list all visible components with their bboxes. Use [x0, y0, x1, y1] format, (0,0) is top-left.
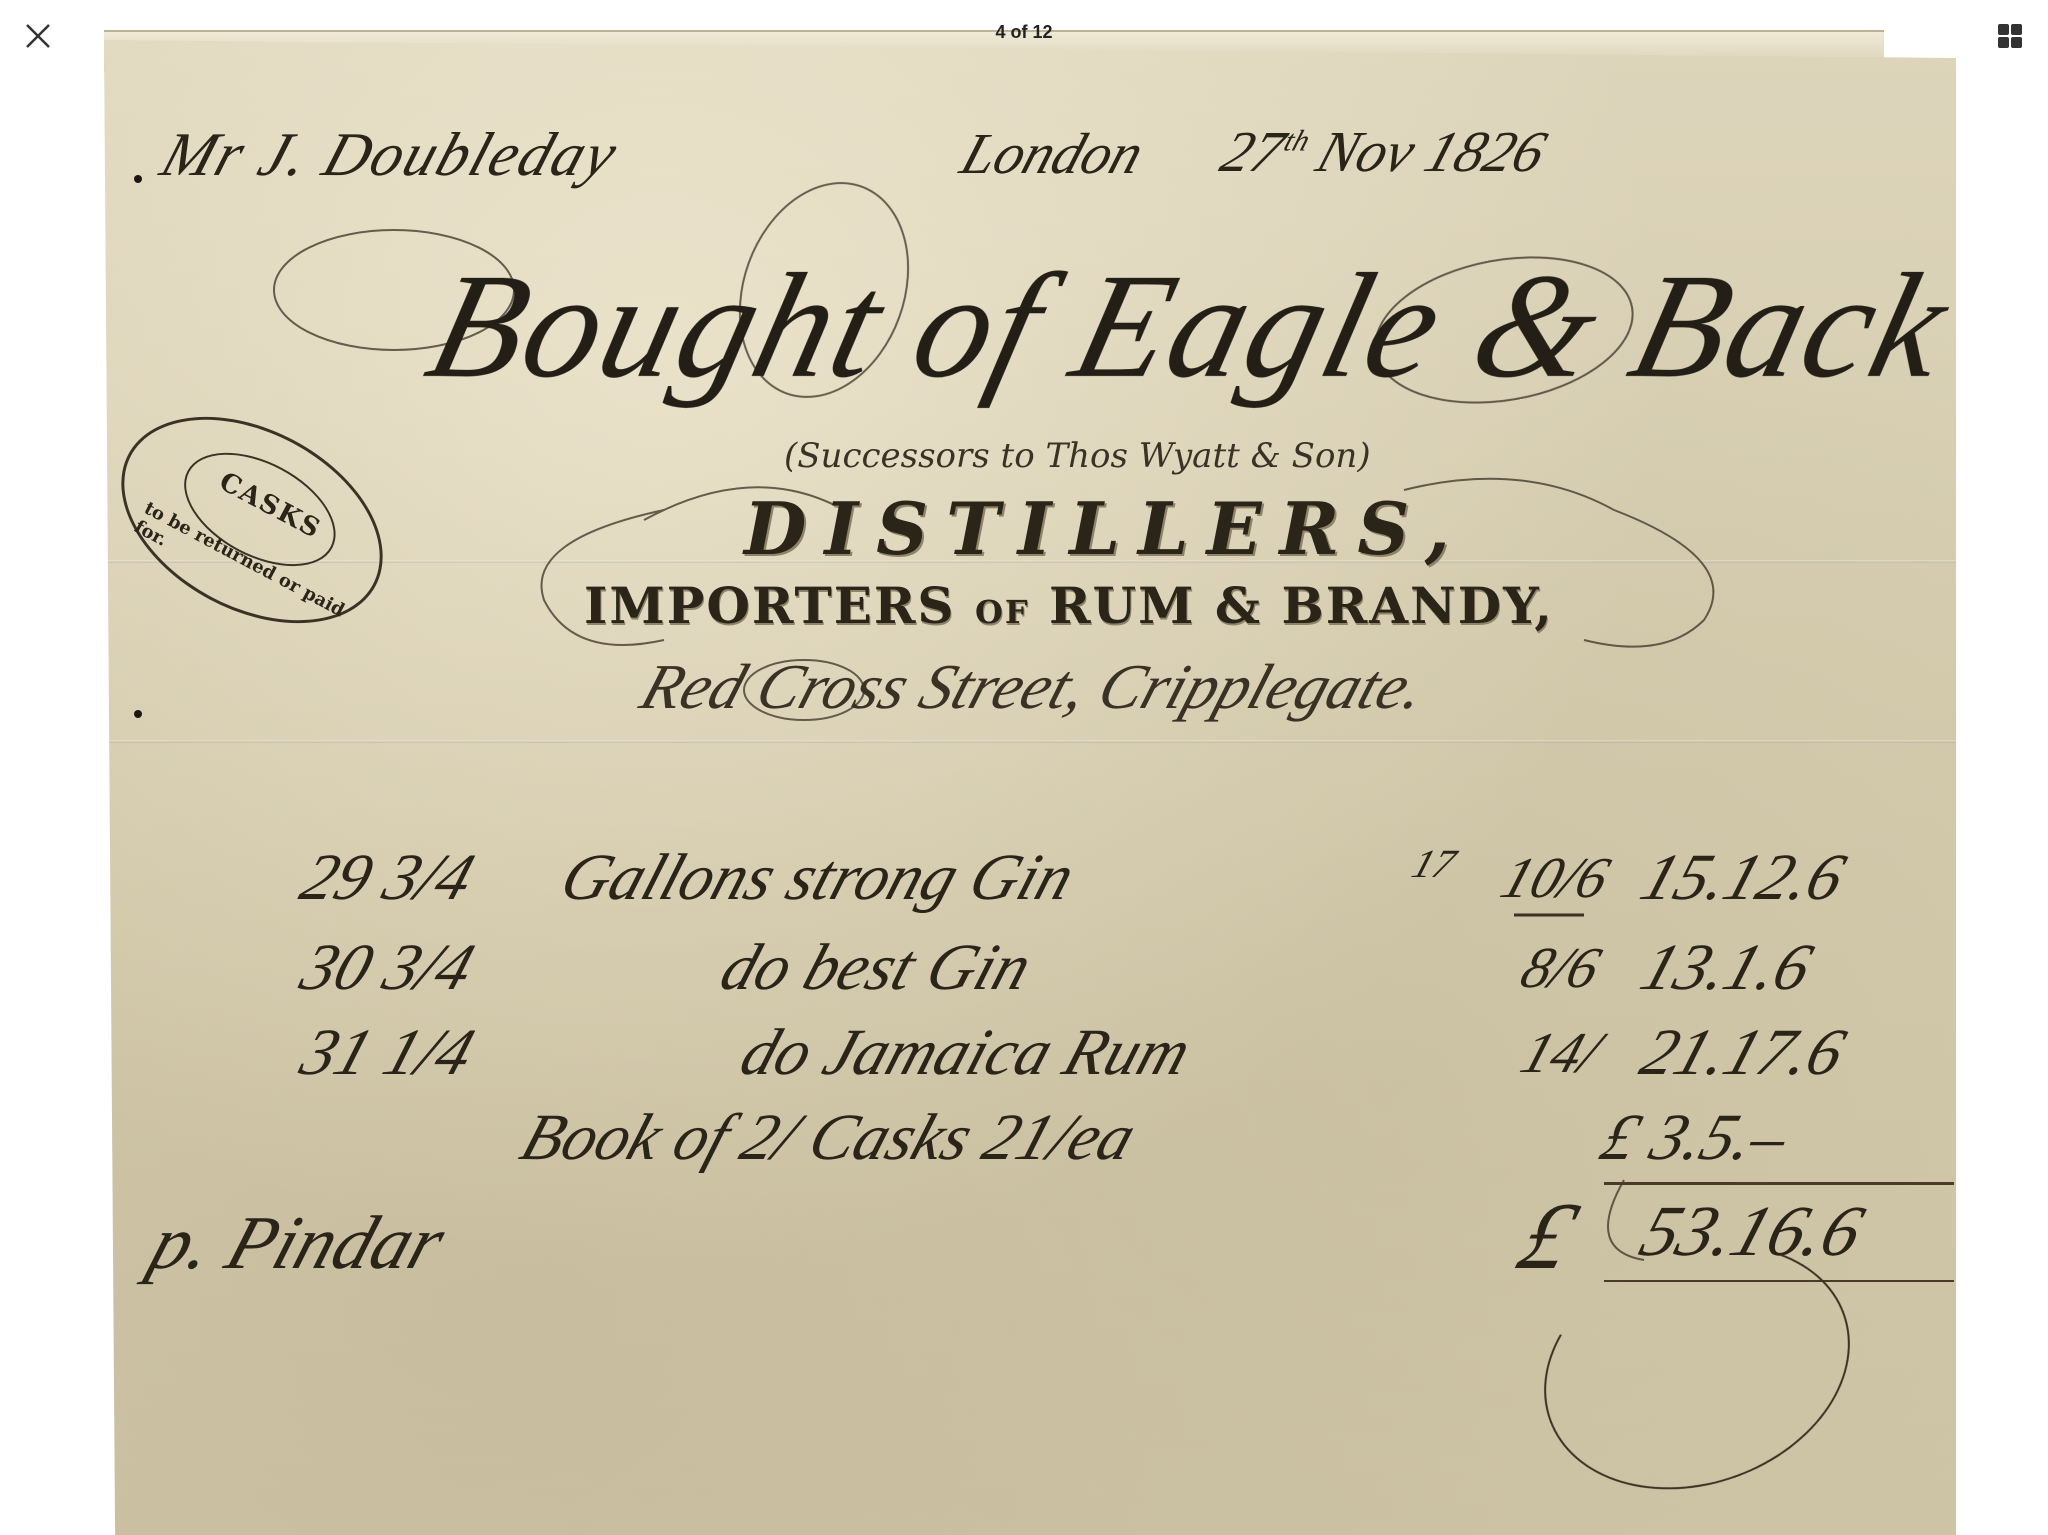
- importers-of: OF: [975, 593, 1030, 631]
- subtotal-rule: [1604, 1182, 1954, 1185]
- line-item: 29 3/4 Gallons strong Gin 17 10/6 15.12.…: [104, 840, 1956, 920]
- invoice-place: London: [953, 120, 1152, 187]
- item-qty: 30 3/4: [292, 930, 484, 1006]
- item-note: 17: [1406, 840, 1461, 887]
- date-month-year: Nov 1826: [1309, 119, 1554, 184]
- invoice-paper: Mr J. Doubleday London 27th Nov 1826 Bou…: [104, 40, 1956, 1535]
- item-description: do Jamaica Rum: [732, 1015, 1200, 1091]
- line-item: 31 1/4 do Jamaica Rum 14/ 21.17.6: [104, 1015, 1956, 1095]
- item-description: Gallons strong Gin: [552, 840, 1084, 916]
- close-x-icon: [25, 23, 51, 49]
- item-description: Book of 2/ Casks 21/ea: [512, 1100, 1145, 1176]
- item-rate: 10/6: [1493, 844, 1618, 911]
- item-amount: £ 3.5.–: [1592, 1100, 1798, 1176]
- document-photo[interactable]: Mr J. Doubleday London 27th Nov 1826 Bou…: [104, 30, 1956, 1535]
- ink-dot: [134, 710, 142, 718]
- casks-stamp: CASKS to be returned or paid for.: [86, 375, 418, 665]
- addressee: Mr J. Doubleday: [152, 120, 627, 191]
- item-qty: 29 3/4: [292, 840, 484, 916]
- item-rate: 14/: [1513, 1019, 1609, 1086]
- line-item: Book of 2/ Casks 21/ea £ 3.5.–: [104, 1100, 1956, 1180]
- item-amount: 15.12.6: [1632, 840, 1855, 916]
- line-item: 30 3/4 do best Gin 8/6 13.1.6: [104, 930, 1956, 1010]
- importers-label: IMPORTERS: [584, 576, 956, 635]
- ink-dot: [134, 175, 142, 183]
- letterhead-trade: DISTILLERS,: [744, 486, 1468, 571]
- paper-fold: [104, 740, 1956, 743]
- item-amount: 21.17.6: [1632, 1015, 1855, 1091]
- item-rate: 8/6: [1513, 934, 1609, 1001]
- grid-view-button[interactable]: [1990, 16, 2030, 56]
- letterhead-successors: (Successors to Thos Wyatt & Son): [784, 436, 1371, 476]
- item-qty: 31 1/4: [292, 1015, 484, 1091]
- letterhead-title: Bought of Eagle & Back: [413, 240, 1966, 412]
- invoice-date: 27th Nov 1826: [1213, 118, 1555, 185]
- total-pound-sign: £: [1506, 1180, 1590, 1291]
- signature: p. Pindar: [140, 1200, 455, 1287]
- item-amount: 13.1.6: [1632, 930, 1822, 1006]
- letterhead-address: Red Cross Street, Cripplegate.: [632, 650, 1435, 724]
- close-button[interactable]: [18, 16, 58, 56]
- importers-goods: RUM & BRANDY,: [1049, 576, 1554, 635]
- letterhead-importers: IMPORTERS OF RUM & BRANDY,: [584, 576, 1554, 635]
- grid-view-icon: [1997, 23, 2023, 49]
- item-description: do best Gin: [712, 930, 1041, 1006]
